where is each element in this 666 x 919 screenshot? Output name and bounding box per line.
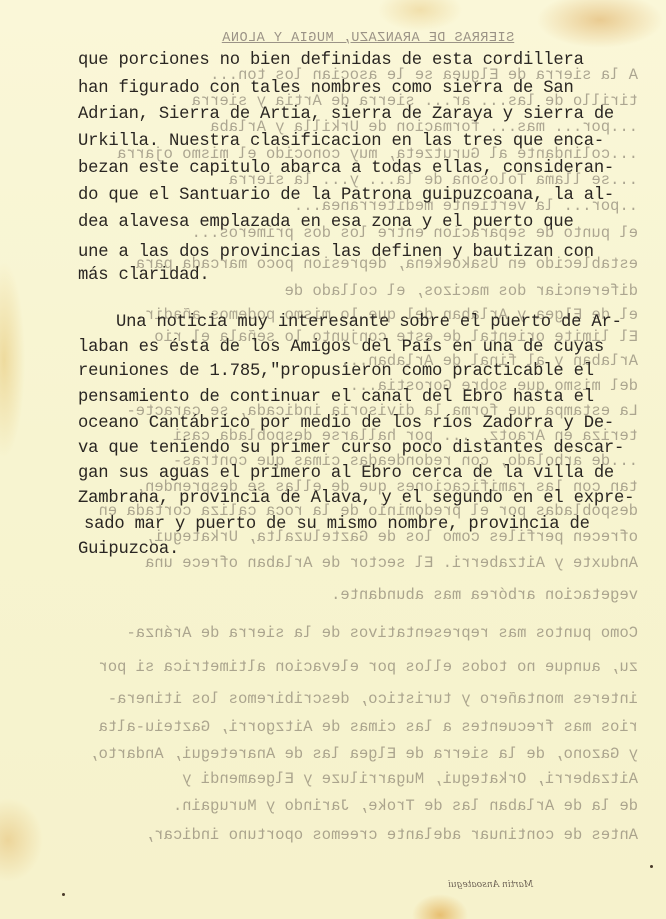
text-line: más claridad. [78,266,209,285]
bleed-through-line: rios mas frecuentes a las cimas de Aitzg… [38,718,638,736]
text-line: bezan este capitulo abarca a todas ellas… [78,159,614,178]
bleed-through-line: de la de Arlaban las de Troke, Jarindo y… [38,797,638,815]
text-line: Zambrana, provincia de Alava, y el segun… [78,489,634,508]
text-line: une a las dos provincias las definen y b… [78,243,594,262]
bleed-through-line: y Gazono, de la sierra de Elgea las de A… [38,745,638,763]
bleed-through-line: vegetacion arbórea mas abundante. [38,586,638,604]
text-line: dea alavesa emplazada en esa zona y el p… [78,213,574,232]
bleed-through-line: Antes de continuar adelante creemos opor… [38,826,638,844]
text-line: Una noticia muy interesante sobre el pue… [116,313,622,332]
text-line: han figurado con tales nombres como sier… [78,79,574,98]
text-line: Adrian, Sierra de Artia, sierra de Zaray… [78,105,614,124]
text-line: oceano Cantábrico por medio de los ríos … [78,414,614,433]
bleed-through-line: zu, aunque no todos ellos por elevacion … [38,658,638,676]
ink-speck [650,865,653,868]
bleed-through-line: interes montañero y turistico, describir… [38,690,638,708]
text-line: Urkilla. Nuestra clasificacion en las tr… [78,132,604,151]
text-line: reuniones de 1.785,"propusieron como pra… [78,362,594,381]
text-line: Guipuzcoa. [78,540,179,559]
text-line: sado mar y puerto de su mismo nombre, pr… [84,515,590,534]
bleed-through-line: Aitzaberri, Orkategui, Mugarriluze y Elg… [38,770,638,788]
text-line: laban es ésta de los Amigos del País en … [78,338,604,357]
mirrored-header-title: SIERRAS DE ARANZAZU, MUGIA Y ALONA [168,31,568,46]
text-line: va que teniendo su primer curso poco dis… [78,439,624,458]
text-line: pensamiento de continuar el canal del Eb… [78,388,594,407]
text-line: gan sus aguas el primero al Ebro cerca d… [78,464,614,483]
ink-speck [62,893,65,896]
handwritten-signature: Martin Ansoategui [448,880,533,890]
text-line: do que el Santuario de la Patrona guipuz… [78,186,614,205]
text-line: que porciones no bien definidas de esta … [78,51,584,70]
bleed-through-line: Como puntos mas representativos de la si… [38,624,638,642]
